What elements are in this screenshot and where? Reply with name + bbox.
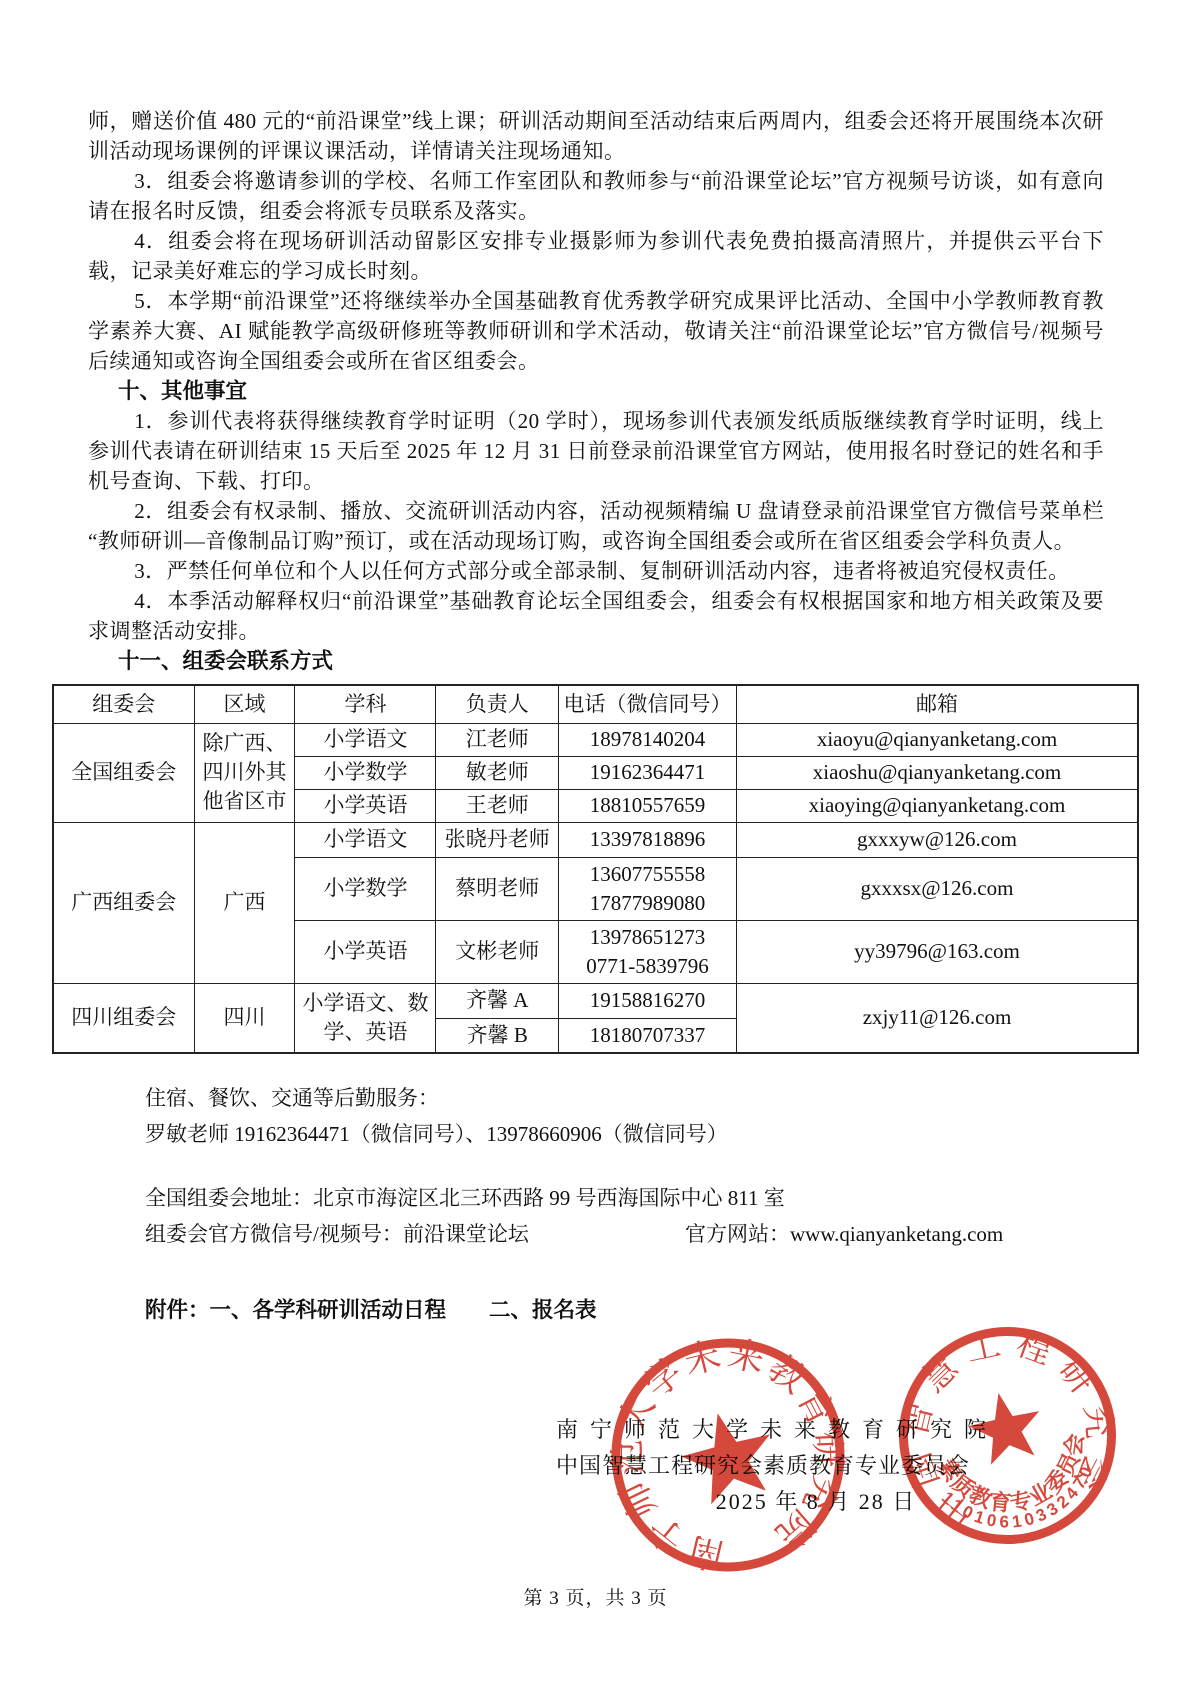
header-region: 区域 [194,685,295,723]
cell-phone: 18180707337 [559,1018,737,1053]
cell-subject: 小学语文 [295,723,436,756]
logistics-title: 住宿、餐饮、交通等后勤服务： [145,1080,1104,1116]
cell-phone: 18810557659 [559,789,737,822]
document-body: 师，赠送价值 480 元的“前沿课堂”线上课；研训活动期间至活动结束后两周内，组… [88,106,1104,1328]
cell-person: 齐馨 B [436,1018,559,1053]
header-subject: 学科 [295,685,436,723]
cell-email-sichuan: zxjy11@126.com [737,983,1138,1053]
cell-phone: 19162364471 [559,756,737,789]
cell-person: 文彬老师 [436,920,559,983]
phone-line-2: 17877989080 [563,889,732,918]
website-label: 官方网站： [685,1222,790,1246]
cell-email: gxxxsx@126.com [737,857,1138,920]
other-item-4: 4．本季活动解释权归“前沿课堂”基础教育论坛全国组委会，组委会有权根据国家和地方… [88,586,1104,646]
cell-subject-sichuan: 小学语文、数学、英语 [295,983,436,1053]
website-line: 官方网站：www.qianyanketang.com [685,1216,1003,1252]
logistics-contacts: 罗敏老师 19162364471（微信同号）、13978660906（微信同号） [145,1116,1104,1152]
cell-person: 王老师 [436,789,559,822]
cell-phone: 13978651273 0771-5839796 [559,920,737,983]
signature-date: 2025 年 8 月 28 日 [556,1484,1036,1520]
contact-table: 组委会 区域 学科 负责人 电话（微信同号） 邮箱 全国组委会 除广西、四川外其… [52,684,1139,1054]
cell-person: 齐馨 A [436,983,559,1018]
document-page: 师，赠送价值 480 元的“前沿课堂”线上课；研训活动期间至活动结束后两周内，组… [0,0,1191,1684]
header-person: 负责人 [436,685,559,723]
page-number: 第 3 页，共 3 页 [0,1583,1191,1610]
cell-email: xiaoyu@qianyanketang.com [737,723,1138,756]
cell-email: xiaoshu@qianyanketang.com [737,756,1138,789]
paragraph-item-4: 4．组委会将在现场研训活动留影区安排专业摄影师为参训代表免费拍摄高清照片，并提供… [88,226,1104,286]
cell-subject: 小学英语 [295,789,436,822]
wechat-channel: 组委会官方微信号/视频号：前沿课堂论坛 [145,1216,685,1252]
paragraph-item-3: 3．组委会将邀请参训的学校、名师工作室团队和教师参与“前沿课堂论坛”官方视频号访… [88,166,1104,226]
cell-committee-national: 全国组委会 [53,723,194,822]
phone-line-1: 13978651273 [563,923,732,952]
cell-email: gxxxyw@126.com [737,822,1138,857]
paragraph-item-5: 5．本学期“前沿课堂”还将继续举办全国基础教育优秀教学研究成果评比活动、全国中小… [88,286,1104,376]
cell-region-guangxi: 广西 [194,822,295,983]
cell-phone: 13397818896 [559,822,737,857]
header-phone: 电话（微信同号） [559,685,737,723]
cell-subject: 小学语文 [295,822,436,857]
section-heading-11: 十一、组委会联系方式 [118,646,1104,676]
signature-org-1: 南宁师范大学未来教育研究院 [556,1412,1036,1448]
cell-phone: 13607755558 17877989080 [559,857,737,920]
header-committee: 组委会 [53,685,194,723]
cell-region-sichuan: 四川 [194,983,295,1053]
other-item-1: 1．参训代表将获得继续教育学时证明（20 学时），现场参训代表颁发纸质版继续教育… [88,406,1104,496]
cell-subject: 小学数学 [295,756,436,789]
committee-address: 全国组委会地址：北京市海淀区北三环西路 99 号西海国际中心 811 室 [145,1180,1104,1216]
cell-person: 敏老师 [436,756,559,789]
phone-line-2: 0771-5839796 [563,952,732,981]
attachment-line: 附件：一、各学科研训活动日程 二、报名表 [145,1292,1104,1328]
cell-committee-sichuan: 四川组委会 [53,983,194,1053]
table-header-row: 组委会 区域 学科 负责人 电话（微信同号） 邮箱 [53,685,1138,723]
cell-person: 江老师 [436,723,559,756]
cell-person: 张晓丹老师 [436,822,559,857]
phone-line-1: 13607755558 [563,860,732,889]
cell-email: xiaoying@qianyanketang.com [737,789,1138,822]
table-row: 四川组委会 四川 小学语文、数学、英语 齐馨 A 19158816270 zxj… [53,983,1138,1018]
paragraph-continuation: 师，赠送价值 480 元的“前沿课堂”线上课；研训活动期间至活动结束后两周内，组… [88,106,1104,166]
cell-subject: 小学英语 [295,920,436,983]
table-row: 广西组委会 广西 小学语文 张晓丹老师 13397818896 gxxxyw@1… [53,822,1138,857]
website-url: www.qianyanketang.com [790,1222,1003,1246]
other-item-2: 2．组委会有权录制、播放、交流研训活动内容，活动视频精编 U 盘请登录前沿课堂官… [88,496,1104,556]
cell-person: 蔡明老师 [436,857,559,920]
cell-phone: 18978140204 [559,723,737,756]
cell-committee-guangxi: 广西组委会 [53,822,194,983]
cell-region-national: 除广西、四川外其他省区市 [194,723,295,822]
other-item-3: 3．严禁任何单位和个人以任何方式部分或全部录制、复制研训活动内容，违者将被追究侵… [88,556,1104,586]
official-accounts-row: 组委会官方微信号/视频号：前沿课堂论坛 官方网站：www.qianyanketa… [145,1216,1104,1252]
cell-email: yy39796@163.com [737,920,1138,983]
section-heading-10: 十、其他事宜 [118,376,1104,406]
cell-subject: 小学数学 [295,857,436,920]
header-email: 邮箱 [737,685,1138,723]
signature-org-2: 中国智慧工程研究会素质教育专业委员会 [556,1448,1036,1484]
table-row: 全国组委会 除广西、四川外其他省区市 小学语文 江老师 18978140204 … [53,723,1138,756]
cell-phone: 19158816270 [559,983,737,1018]
signature-block: 南宁师范大学未来教育研究院 中国智慧工程研究会素质教育专业委员会 2025 年 … [556,1412,1036,1520]
